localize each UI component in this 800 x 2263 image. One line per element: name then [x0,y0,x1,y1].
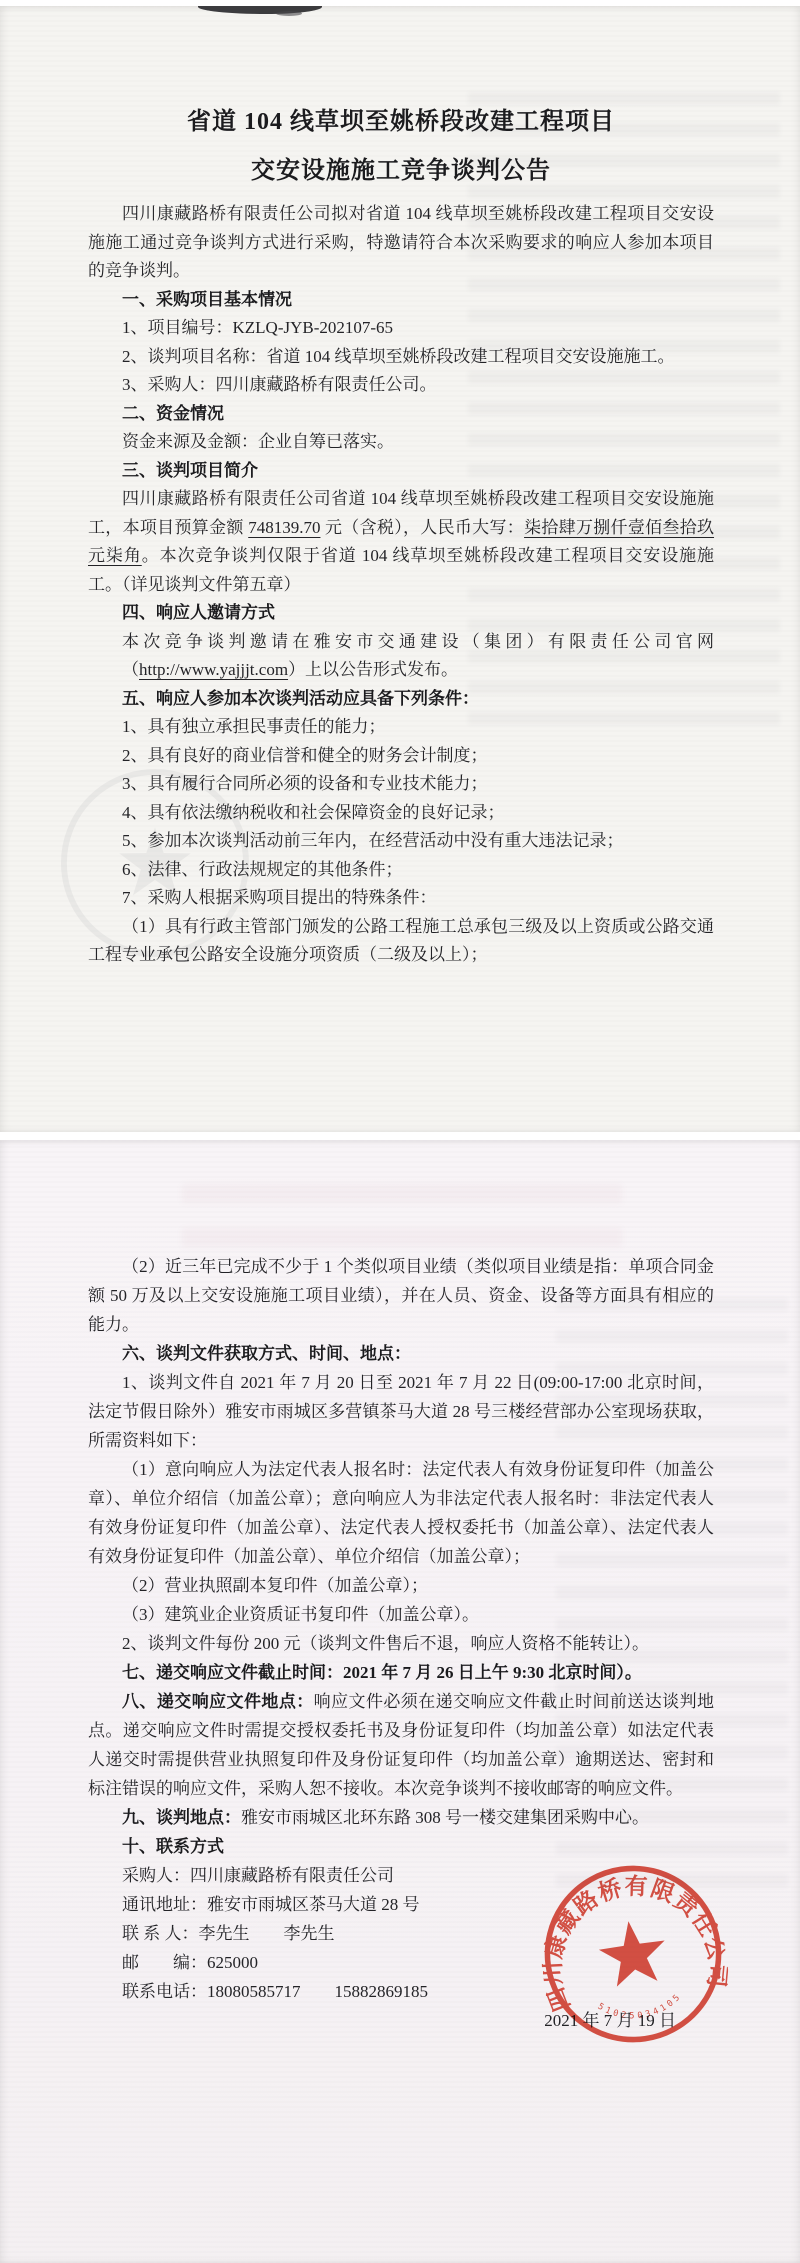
text-run: 2、具有良好的商业信誉和健全的财务会计制度； [122,746,488,765]
text-run: 九、谈判地点： [122,1808,241,1827]
text-run: 本次竞争谈判邀请在雅安市交通建设（集团）有限责任公司官网 [122,632,714,651]
condition-1: 1、具有独立承担民事责任的能力； [88,713,714,742]
scanned-document-canvas: 省道 104 线草坝至姚桥段改建工程项目 交安设施施工竞争谈判公告 四川康藏路桥… [0,0,800,2263]
special-condition-2: （2）近三年已完成不少于 1 个类似项目业绩（类似项目业绩是指：单项合同金额 5… [88,1252,714,1339]
text-run: 四、响应人邀请方式 [122,603,275,622]
section-5-heading: 五、响应人参加本次谈判活动应具备下列条件： [88,685,714,714]
text-run: 2021 年 7 月 26 日上午 9:30 北京时间）。 [343,1663,642,1682]
condition-6: 6、法律、行政法规规定的其他条件； [88,856,714,885]
invitation-line2: （http://www.yajjjt.com）上以公告形式发布。 [88,656,714,685]
text-run: 七、递交响应文件截止时间： [122,1663,343,1682]
text-run: 资金来源及金额：企业自筹已落实。 [122,432,394,451]
text-run: 1、项目编号：KZLQ-JYB-202107-65 [122,318,393,337]
project-brief: 四川康藏路桥有限责任公司省道 104 线草坝至姚桥段改建工程项目交安设施施工，本… [88,485,714,599]
condition-3: 3、具有履行合同所必须的设备和专业技术能力； [88,770,714,799]
section-3-heading: 三、谈判项目简介 [88,457,714,486]
section-7-deadline: 七、递交响应文件截止时间：2021 年 7 月 26 日上午 9:30 北京时间… [88,1658,714,1687]
section-2-heading: 二、资金情况 [88,400,714,429]
text-run: （1）意向响应人为法定代表人报名时：法定代表人有效身份证复印件（加盖公章）、单位… [88,1460,714,1566]
text-run: 四川康藏路桥有限责任公司拟对省道 104 线草坝至姚桥段改建工程项目交安设施施工… [88,204,714,280]
section-8-submission: 八、递交响应文件地点：响应文件必须在递交响应文件截止时间前送达谈判地点。递交响应… [88,1687,714,1803]
required-material-2: （2）营业执照副本复印件（加盖公章）； [88,1571,714,1600]
required-material-1: （1）意向响应人为法定代表人报名时：法定代表人有效身份证复印件（加盖公章）、单位… [88,1455,714,1571]
required-material-3: （3）建筑业企业资质证书复印件（加盖公章）。 [88,1600,714,1629]
invitation-line1: 本次竞争谈判邀请在雅安市交通建设（集团）有限责任公司官网 [88,628,714,657]
text-run: 3、具有履行合同所必须的设备和专业技术能力； [122,774,488,793]
text-run: 三、谈判项目简介 [122,461,258,480]
text-run: http://www.yajjjt.com [139,660,288,679]
text-run: 3、采购人：四川康藏路桥有限责任公司。 [122,375,437,394]
intro-paragraph: 四川康藏路桥有限责任公司拟对省道 104 线草坝至姚桥段改建工程项目交安设施施工… [88,200,714,286]
project-number: 1、项目编号：KZLQ-JYB-202107-65 [88,314,714,343]
text-run: 6、法律、行政法规规定的其他条件； [122,860,403,879]
text-run: 雅安市雨城区北环东路 308 号一楼交建集团采购中心。 [241,1808,649,1827]
text-run: 748139.70 [248,518,320,537]
funding-source: 资金来源及金额：企业自筹已落实。 [88,428,714,457]
condition-5: 5、参加本次谈判活动前三年内，在经营活动中没有重大违法记录； [88,827,714,856]
text-run: 元（含税），人民币大写： [320,518,524,537]
special-condition-1: （1）具有行政主管部门颁发的公路工程施工总承包三级及以上资质或公路交通工程专业承… [88,913,714,970]
text-run: （2）营业执照副本复印件（加盖公章）； [122,1576,428,1595]
text-run: （1）具有行政主管部门颁发的公路工程施工总承包三级及以上资质或公路交通工程专业承… [88,917,714,965]
section-6-heading: 六、谈判文件获取方式、时间、地点： [88,1339,714,1368]
text-run: 2、谈判文件每份 200 元（谈判文件售后不退，响应人资格不能转让）。 [122,1634,649,1653]
document-fee: 2、谈判文件每份 200 元（谈判文件售后不退，响应人资格不能转让）。 [88,1629,714,1658]
text-run: 五、响应人参加本次谈判活动应具备下列条件： [122,689,479,708]
text-run: （2）近三年已完成不少于 1 个类似项目业绩（类似项目业绩是指：单项合同金额 5… [88,1257,714,1334]
text-run: ）上以公告形式发布。 [288,660,458,679]
seal-graphic: 四川康藏路桥有限责任公司 51025034105 [529,1850,737,2058]
document-title-line1: 省道 104 线草坝至姚桥段改建工程项目 [88,106,714,138]
page1-content: 省道 104 线草坝至姚桥段改建工程项目 交安设施施工竞争谈判公告 四川康藏路桥… [88,6,714,970]
text-run: （ [122,660,139,679]
text-run: 联系电话：18080585717 15882869185 [122,1982,428,2001]
text-run: 2、谈判项目名称：省道 104 线草坝至姚桥段改建工程项目交安设施施工。 [122,347,675,366]
document-title-line2: 交安设施施工竞争谈判公告 [88,155,714,187]
document-page-1: 省道 104 线草坝至姚桥段改建工程项目 交安设施施工竞争谈判公告 四川康藏路桥… [0,6,800,1132]
project-name: 2、谈判项目名称：省道 104 线草坝至姚桥段改建工程项目交安设施施工。 [88,343,714,372]
text-run: 7、采购人根据采购项目提出的特殊条件： [122,888,437,907]
text-run: 通讯地址：雅安市雨城区茶马大道 28 号 [122,1895,420,1914]
condition-4: 4、具有依法缴纳税收和社会保障资金的良好记录； [88,799,714,828]
purchaser-name: 3、采购人：四川康藏路桥有限责任公司。 [88,371,714,400]
text-run: 二、资金情况 [122,404,224,423]
text-run: 1、具有独立承担民事责任的能力； [122,717,386,736]
section-9-venue: 九、谈判地点：雅安市雨城区北环东路 308 号一楼交建集团采购中心。 [88,1803,714,1832]
text-run: 六、谈判文件获取方式、时间、地点： [122,1344,411,1363]
text-run: 八、递交响应文件地点： [122,1692,314,1711]
star-icon [596,1917,671,1989]
condition-2: 2、具有良好的商业信誉和健全的财务会计制度； [88,742,714,771]
text-run: 一、采购项目基本情况 [122,290,292,309]
text-run: 。本次竞争谈判仅限于省道 104 线草坝至姚桥段改建工程项目交安设施施工。（详见… [88,546,714,594]
text-run: 采购人：四川康藏路桥有限责任公司 [122,1866,394,1885]
text-run: 邮 编：625000 [122,1953,258,1972]
text-run: 十、联系方式 [122,1837,224,1856]
document-acquisition: 1、谈判文件自 2021 年 7 月 20 日至 2021 年 7 月 22 日… [88,1368,714,1455]
seal-serial-text: 51025034105 [595,1990,687,2027]
text-run: 联 系 人：李先生 李先生 [122,1924,335,1943]
text-run: （3）建筑业企业资质证书复印件（加盖公章）。 [122,1605,479,1624]
section-1-heading: 一、采购项目基本情况 [88,286,714,315]
section-4-heading: 四、响应人邀请方式 [88,599,714,628]
text-run: 4、具有依法缴纳税收和社会保障资金的良好记录； [122,803,505,822]
official-seal-stamp: 四川康藏路桥有限责任公司 51025034105 [529,1850,737,2058]
document-page-2: （2）近三年已完成不少于 1 个类似项目业绩（类似项目业绩是指：单项合同金额 5… [0,1140,800,2263]
text-run: 1、谈判文件自 2021 年 7 月 20 日至 2021 年 7 月 22 日… [88,1373,714,1450]
section-10-heading: 十、联系方式 [88,1832,714,1861]
text-run: 5、参加本次谈判活动前三年内，在经营活动中没有重大违法记录； [122,831,624,850]
condition-7: 7、采购人根据采购项目提出的特殊条件： [88,884,714,913]
page1-body: 四川康藏路桥有限责任公司拟对省道 104 线草坝至姚桥段改建工程项目交安设施施工… [88,200,714,970]
